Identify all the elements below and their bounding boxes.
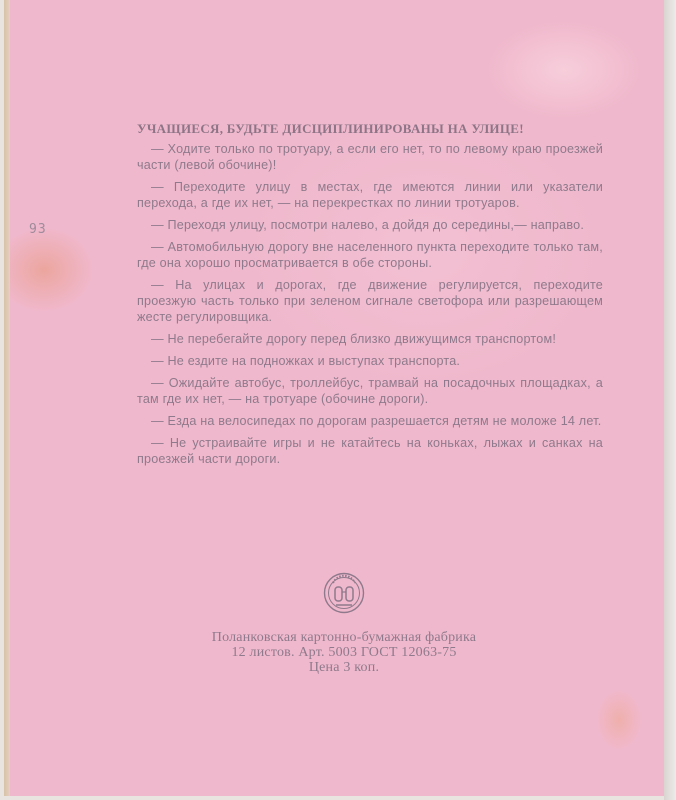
rule-item: — Переходите улицу в местах, где имеются… <box>137 179 603 211</box>
notebook-back-cover: 93 УЧАЩИЕСЯ, БУДЬТЕ ДИСЦИПЛИНИРОВАНЫ НА … <box>4 0 664 796</box>
rule-item: — Не устраивайте игры и не катайтесь на … <box>137 435 603 467</box>
rule-item: — Автомобильную дорогу вне населенного п… <box>137 239 603 271</box>
rule-item: — Не ездите на подножках и выступах тран… <box>137 353 603 369</box>
rule-item: — На улицах и дорогах, где движение регу… <box>137 277 603 325</box>
rule-item: — Не перебегайте дорогу перед близко дви… <box>137 331 603 347</box>
scan-background-edge <box>664 0 676 800</box>
rule-item: — Ожидайте автобус, троллейбус, трамвай … <box>137 375 603 407</box>
product-details: 12 листов. Арт. 5003 ГОСТ 12063-75 <box>174 645 514 660</box>
rule-item: — Ходите только по тротуару, а если его … <box>137 141 603 173</box>
rules-heading: УЧАЩИЕСЯ, БУДЬТЕ ДИСЦИПЛИНИРОВАНЫ НА УЛИ… <box>137 121 603 137</box>
rule-item: — Езда на велосипедах по дорогам разреша… <box>137 413 603 429</box>
manufacturer-name: Поланковская картонно-бумажная фабрика <box>174 630 514 645</box>
imprint-footer: Поланковская картонно-бумажная фабрика 1… <box>174 572 514 675</box>
page-number: 93 <box>29 222 47 237</box>
rules-section: УЧАЩИЕСЯ, БУДЬТЕ ДИСЦИПЛИНИРОВАНЫ НА УЛИ… <box>137 121 603 473</box>
rule-item: — Переходя улицу, посмотри налево, а дой… <box>137 217 603 233</box>
cover-left-edge <box>4 0 10 796</box>
factory-emblem-icon <box>323 572 365 614</box>
price: Цена 3 коп. <box>174 660 514 675</box>
